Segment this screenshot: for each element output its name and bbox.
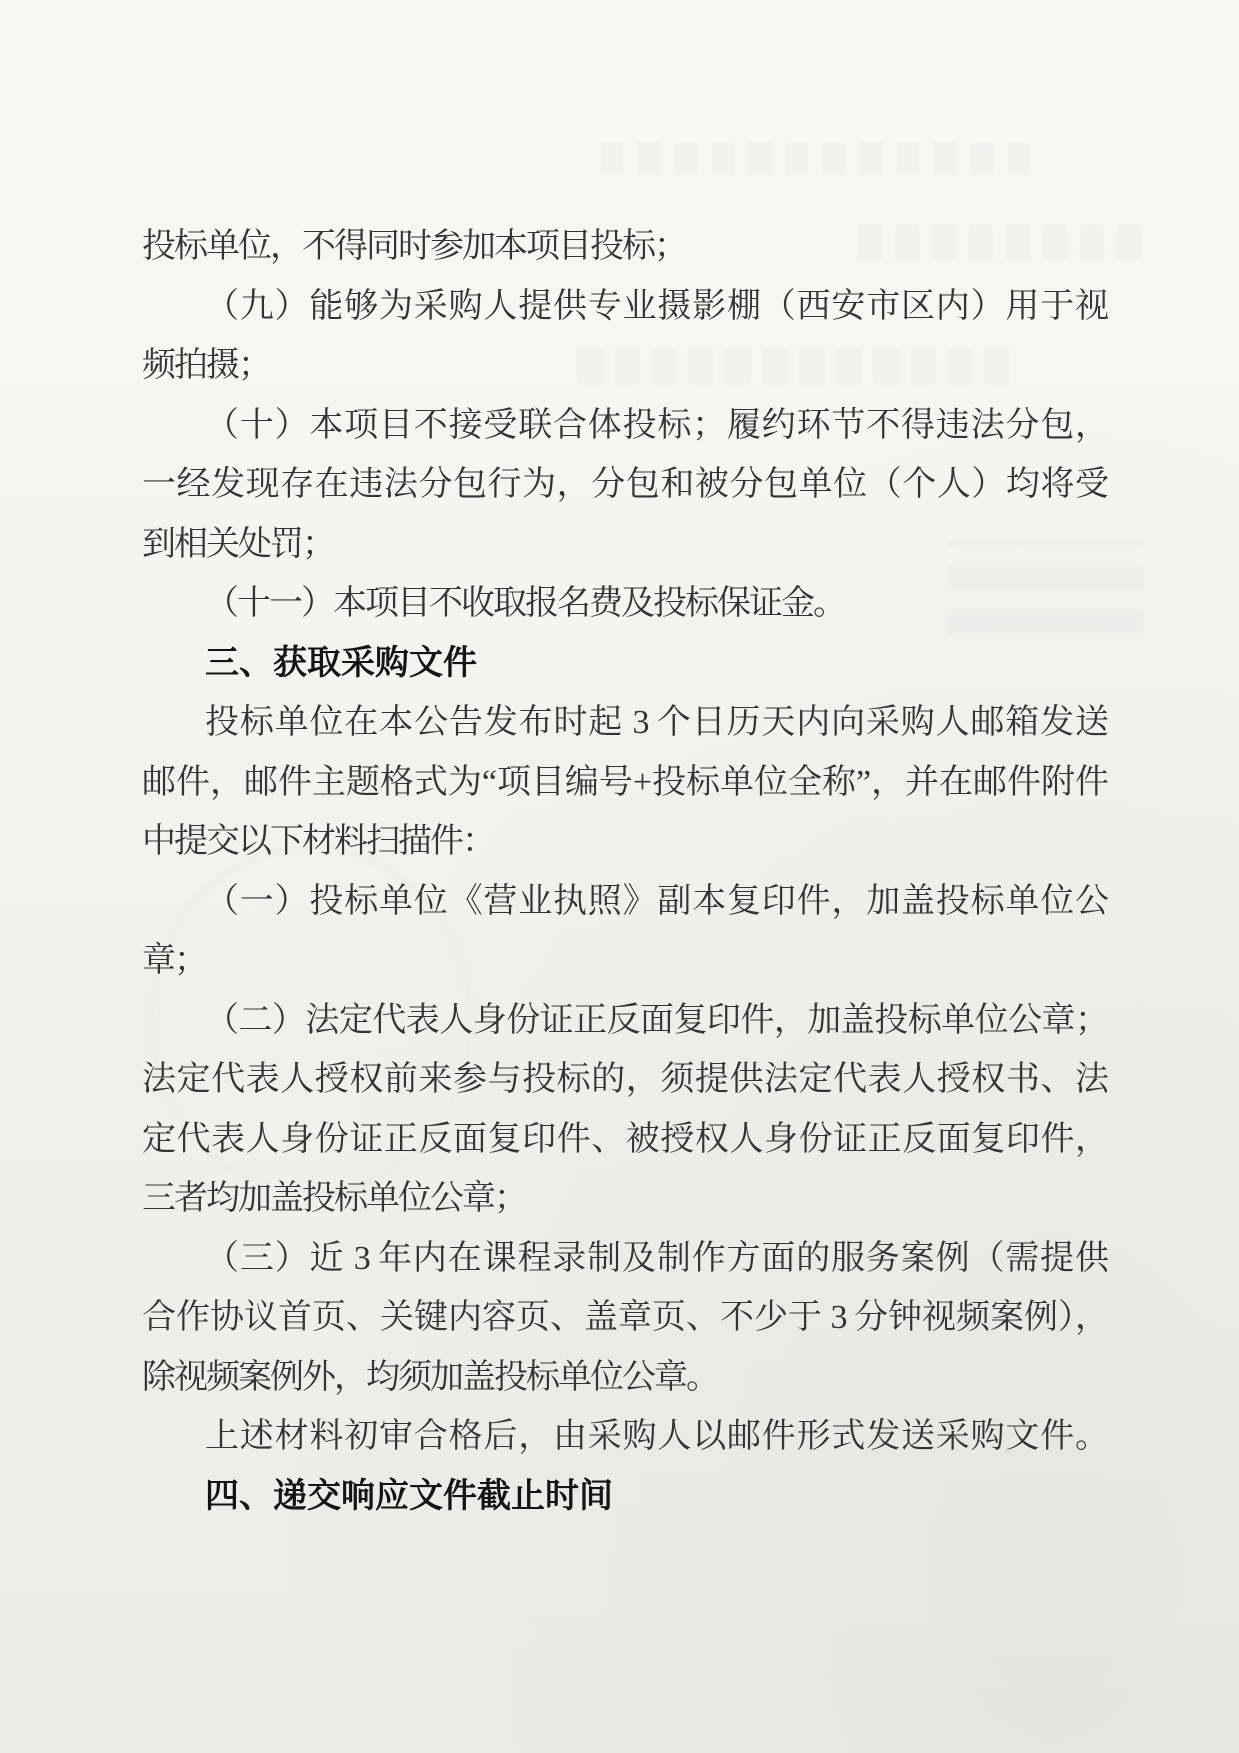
- text-line: 定代表人身份证正反面复印件、被授权人身份证正反面复印件，: [142, 1110, 1107, 1170]
- text-line: （二）法定代表人身份证正反面复印件，加盖投标单位公章；: [142, 991, 1107, 1051]
- text-line: 中提交以下材料扫描件：: [142, 812, 1107, 872]
- section-heading: 四、递交响应文件截止时间: [142, 1467, 1107, 1527]
- text-line: 一经发现存在违法分包行为，分包和被分包单位（个人）均将受: [142, 455, 1107, 515]
- text-line: 投标单位，不得同时参加本项目投标；: [142, 217, 1107, 277]
- text-block: 投标单位，不得同时参加本项目投标；（九）能够为采购人提供专业摄影棚（西安市区内）…: [142, 217, 1107, 1526]
- text-line: 合作协议首页、关键内容页、盖章页、不少于 3 分钟视频案例），: [142, 1288, 1107, 1348]
- text-line: 投标单位在本公告发布时起 3 个日历天内向采购人邮箱发送: [142, 693, 1107, 753]
- text-line: （三）近 3 年内在课程录制及制作方面的服务案例（需提供: [142, 1229, 1107, 1289]
- text-line: （十一）本项目不收取报名费及投标保证金。: [142, 574, 1107, 634]
- text-line: 到相关处罚；: [142, 515, 1107, 575]
- text-line: （一）投标单位《营业执照》副本复印件，加盖投标单位公: [142, 872, 1107, 932]
- text-line: （十）本项目不接受联合体投标；履约环节不得违法分包，: [142, 396, 1107, 456]
- section-heading: 三、获取采购文件: [142, 634, 1107, 694]
- text-line: 法定代表人授权前来参与投标的，须提供法定代表人授权书、法: [142, 1050, 1107, 1110]
- text-line: 除视频案例外，均须加盖投标单位公章。: [142, 1348, 1107, 1408]
- text-line: （九）能够为采购人提供专业摄影棚（西安市区内）用于视: [142, 277, 1107, 337]
- bleed-through-ghost: [600, 142, 1030, 176]
- text-line: 三者均加盖投标单位公章；: [142, 1169, 1107, 1229]
- document-page: 投标单位，不得同时参加本项目投标；（九）能够为采购人提供专业摄影棚（西安市区内）…: [0, 0, 1239, 1753]
- text-line: 章；: [142, 931, 1107, 991]
- text-line: 邮件，邮件主题格式为“项目编号+投标单位全称”，并在邮件附件: [142, 753, 1107, 813]
- text-line: 上述材料初审合格后，由采购人以邮件形式发送采购文件。: [142, 1407, 1107, 1467]
- text-line: 频拍摄；: [142, 336, 1107, 396]
